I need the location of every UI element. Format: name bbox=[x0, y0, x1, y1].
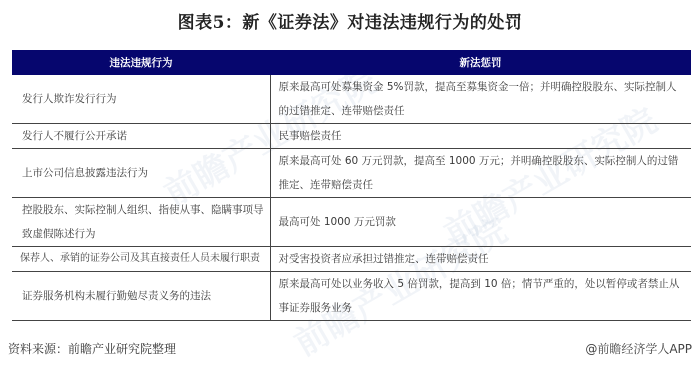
figure-title: 图表5：新《证券法》对违法违规行为的处罚 bbox=[0, 8, 700, 33]
credit-label: @前瞻经济学人APP bbox=[585, 340, 692, 357]
penalty-table: 违法违规行为 新法惩罚 发行人欺诈发行行为 原来最高可处募集资金 5%罚款，提高… bbox=[12, 50, 691, 321]
violation-cell: 发行人欺诈发行行为 bbox=[12, 75, 270, 124]
table-row: 上市公司信息披露违法行为 原来最高可处 60 万元罚款，提高至 1000 万元；… bbox=[12, 149, 691, 198]
penalty-cell: 原来最高可处募集资金 5%罚款，提高至募集资金一倍；并明确控股股东、实际控制人的… bbox=[270, 75, 691, 124]
violation-cell: 证券服务机构未履行勤勉尽责义务的违法 bbox=[12, 272, 270, 321]
table-header-row: 违法违规行为 新法惩罚 bbox=[12, 50, 691, 75]
violation-cell: 上市公司信息披露违法行为 bbox=[12, 149, 270, 198]
violation-cell: 保荐人、承销的证券公司及其直接责任人员未履行职责 bbox=[12, 247, 270, 272]
table-row: 发行人欺诈发行行为 原来最高可处募集资金 5%罚款，提高至募集资金一倍；并明确控… bbox=[12, 75, 691, 124]
table-row: 发行人不履行公开承诺 民事赔偿责任 bbox=[12, 124, 691, 149]
violation-cell: 控股股东、实际控制人组织、指使从事、隐瞒事项导致虚假陈述行为 bbox=[12, 198, 270, 247]
header-penalty: 新法惩罚 bbox=[270, 50, 691, 75]
table-row: 保荐人、承销的证券公司及其直接责任人员未履行职责 对受害投资者应承担过错推定、连… bbox=[12, 247, 691, 272]
table-row: 控股股东、实际控制人组织、指使从事、隐瞒事项导致虚假陈述行为 最高可处 1000… bbox=[12, 198, 691, 247]
penalty-cell: 原来最高可处以业务收入 5 倍罚款，提高到 10 倍；情节严重的，处以暂停或者禁… bbox=[270, 272, 691, 321]
header-violation: 违法违规行为 bbox=[12, 50, 270, 75]
table-row: 证券服务机构未履行勤勉尽责义务的违法 原来最高可处以业务收入 5 倍罚款，提高到… bbox=[12, 272, 691, 321]
source-note: 资料来源：前瞻产业研究院整理 bbox=[8, 340, 176, 357]
penalty-cell: 民事赔偿责任 bbox=[270, 124, 691, 149]
violation-cell: 发行人不履行公开承诺 bbox=[12, 124, 270, 149]
penalty-cell: 对受害投资者应承担过错推定、连带赔偿责任 bbox=[270, 247, 691, 272]
penalty-cell: 最高可处 1000 万元罚款 bbox=[270, 198, 691, 247]
page: 前瞻产业研究院 前瞻产业研究院 前瞻产业研究院 图表5：新《证券法》对违法违规行… bbox=[0, 0, 700, 369]
penalty-cell: 原来最高可处 60 万元罚款，提高至 1000 万元；并明确控股股东、实际控制人… bbox=[270, 149, 691, 198]
